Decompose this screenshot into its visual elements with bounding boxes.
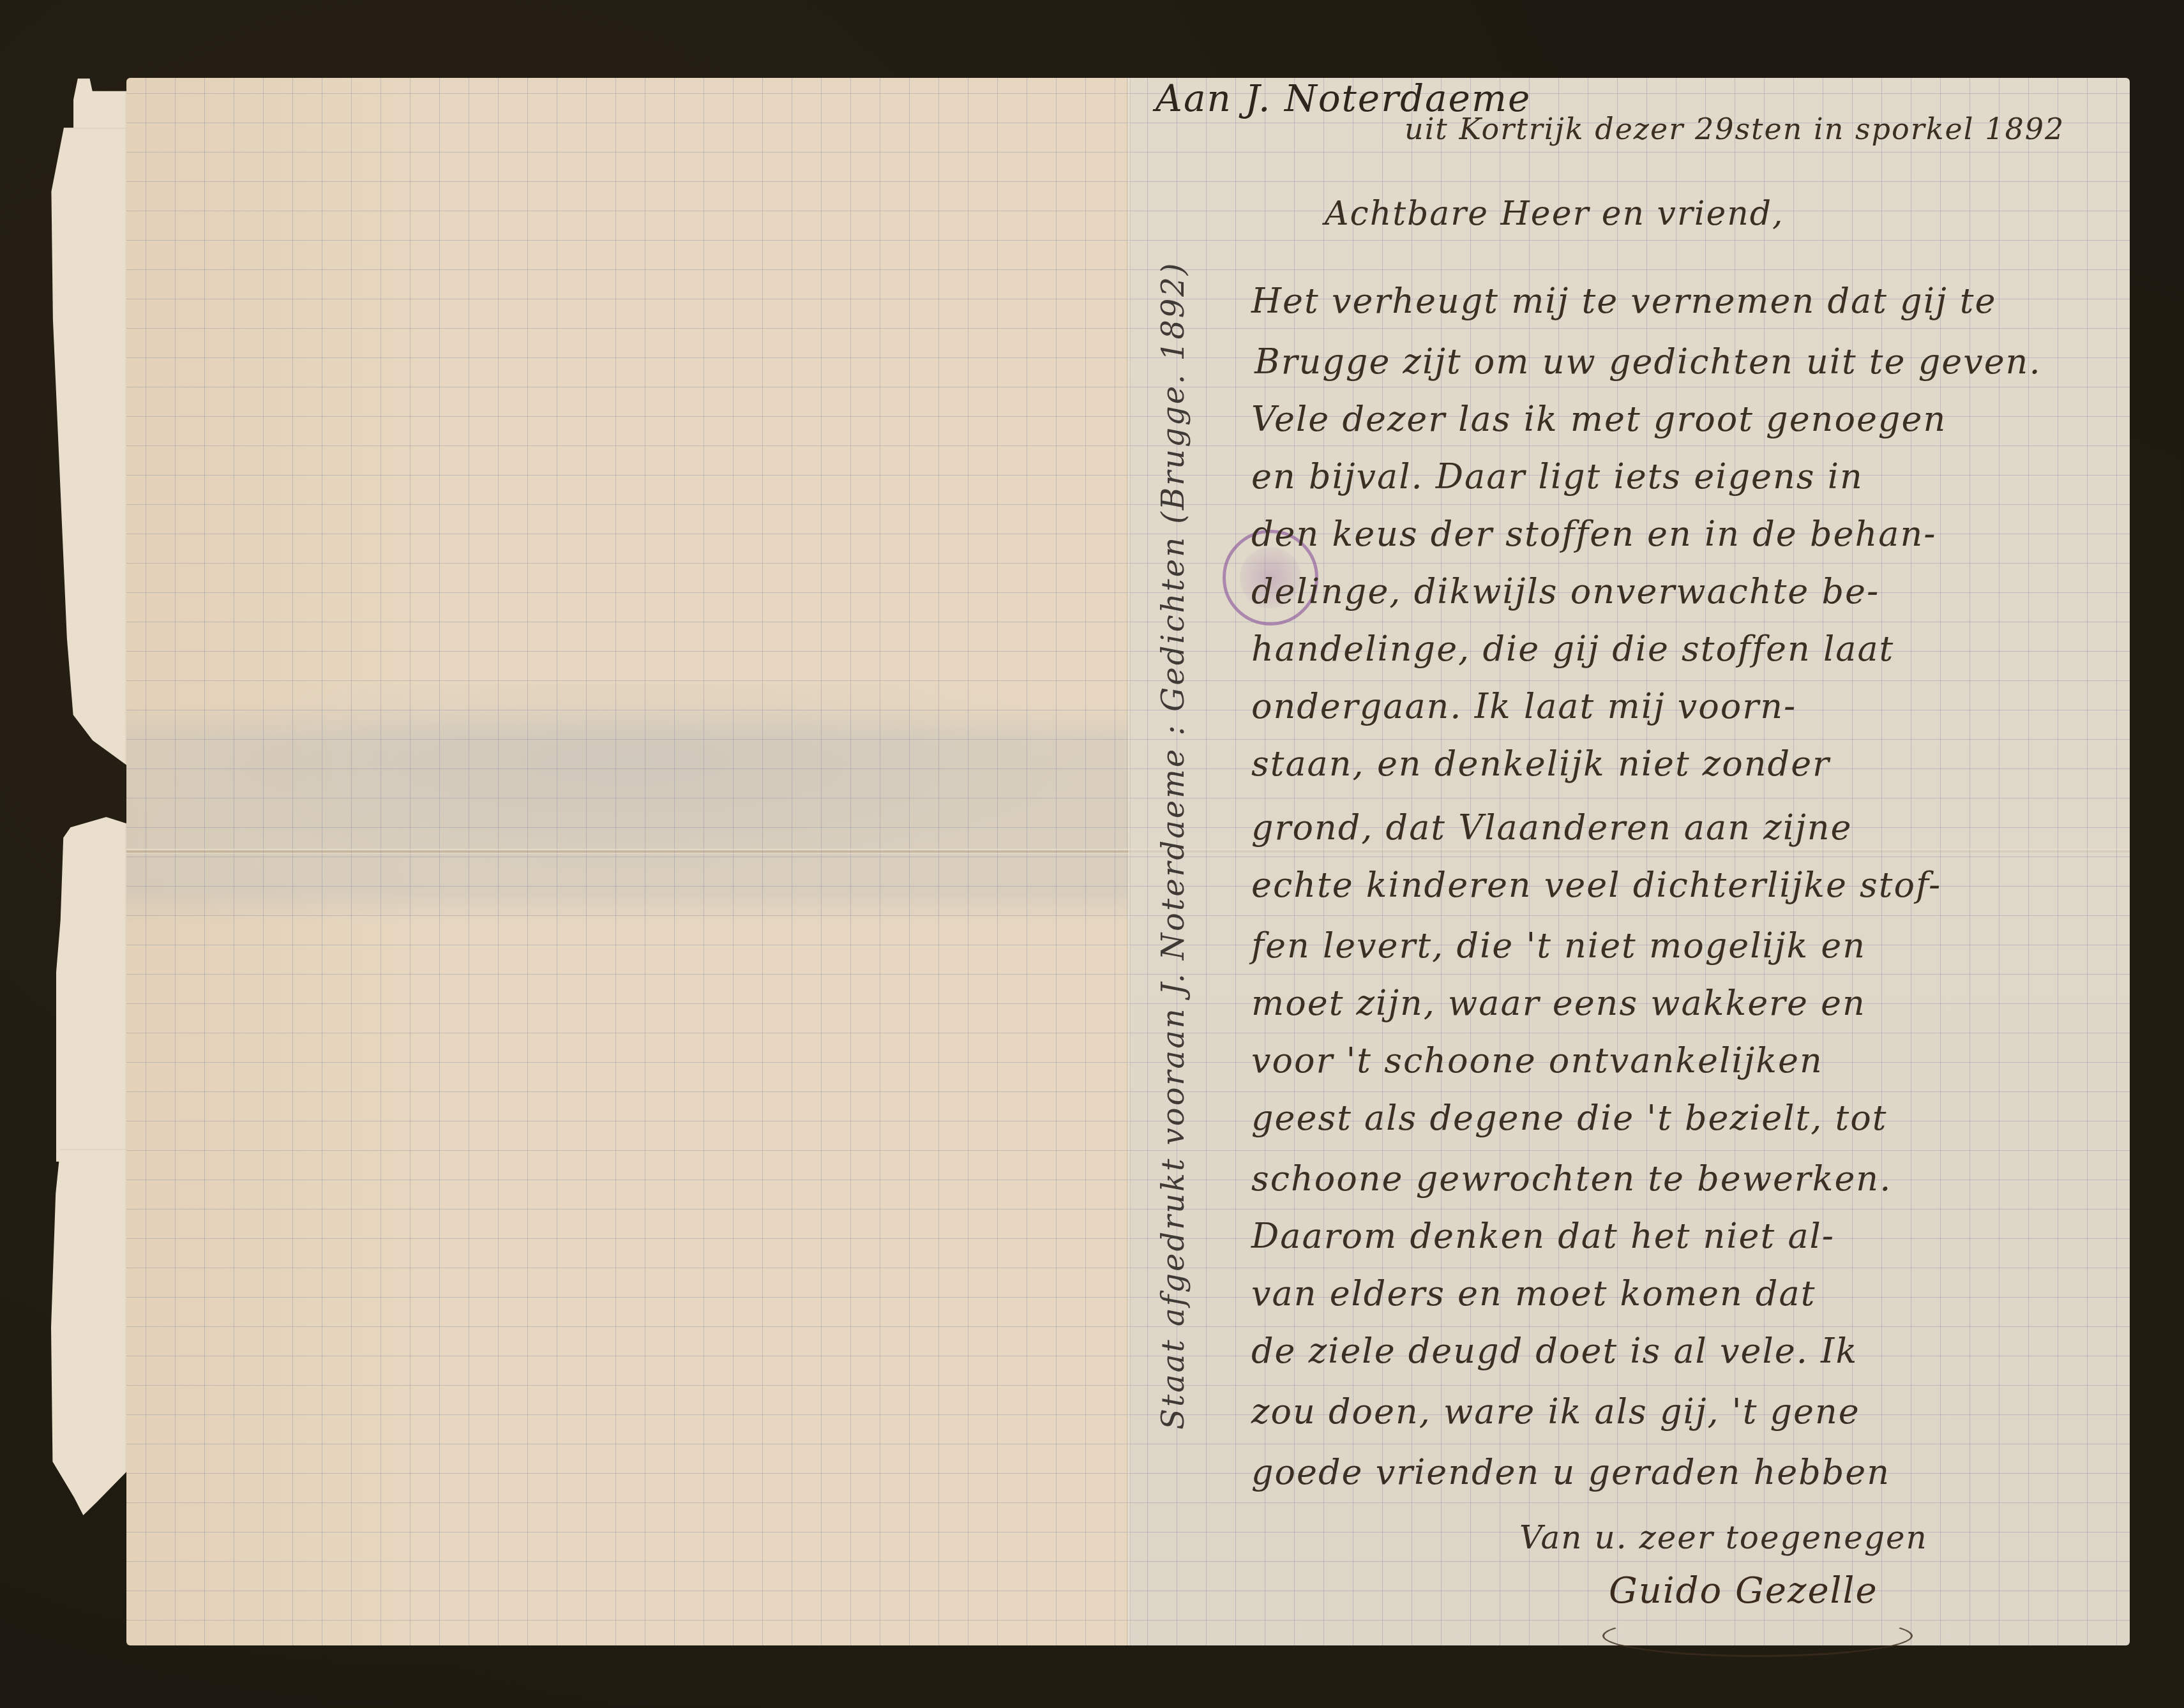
horizontal-fold: [126, 849, 1128, 854]
body-line: van elders en moet komen dat: [1251, 1273, 1816, 1314]
body-line: Brugge zijt om uw gedichten uit te geven…: [1254, 341, 2042, 382]
left-page-blank: [126, 78, 1128, 1645]
body-line: de ziele deugd doet is al vele. Ik: [1251, 1331, 1858, 1371]
body-line: den keus der stoffen en in de behan-: [1251, 514, 1936, 554]
marginal-note: Staat afgedrukt vooraan J. Noterdaeme : …: [1156, 262, 1191, 1430]
body-line: ondergaan. Ik laat mij voorn-: [1251, 686, 1796, 726]
torn-edge-strip: [56, 817, 128, 1162]
body-line: geest als degene die 't bezielt, tot: [1251, 1098, 1887, 1138]
signature-flourish-icon: [1602, 1615, 1913, 1657]
horizontal-fold: [1128, 849, 2130, 854]
body-line: en bijval. Daar ligt iets eigens in: [1251, 456, 1864, 497]
body-line: Vele dezer las ik met groot genoegen: [1251, 399, 1947, 439]
body-line: handelinge, die gij die stoffen laat: [1251, 629, 1894, 669]
body-line: zou doen, ware ik als gij, 't gene: [1251, 1391, 1860, 1432]
center-fold: [1127, 78, 1131, 1645]
signature: Guido Gezelle: [1609, 1570, 1878, 1612]
body-line: grond, dat Vlaanderen aan zijne: [1251, 807, 1852, 848]
body-line: echte kinderen veel dichterlijke stof-: [1251, 865, 1941, 905]
dateline: uit Kortrijk dezer 29sten in sporkel 189…: [1405, 112, 2065, 146]
body-line: schoone gewrochten te bewerken.: [1251, 1158, 1892, 1199]
closing: Van u. zeer toegenegen: [1519, 1519, 1928, 1556]
water-stain: [126, 684, 1128, 876]
body-line: Het verheugt mij te vernemen dat gij te: [1251, 281, 1997, 321]
body-line: goede vrienden u geraden hebben: [1251, 1452, 1890, 1492]
body-line: moet zijn, waar eens wakkere en: [1251, 983, 1866, 1023]
body-line: delinge, dikwijls onverwachte be-: [1251, 571, 1879, 611]
body-line: voor 't schoone ontvankelijken: [1251, 1040, 1823, 1081]
body-line: fen levert, die 't niet mogelijk en: [1251, 925, 1866, 966]
body-line: staan, en denkelijk niet zonder: [1251, 744, 1830, 784]
body-line: Daarom denken dat het niet al-: [1251, 1216, 1835, 1256]
salutation: Achtbare Heer en vriend,: [1325, 195, 1784, 233]
